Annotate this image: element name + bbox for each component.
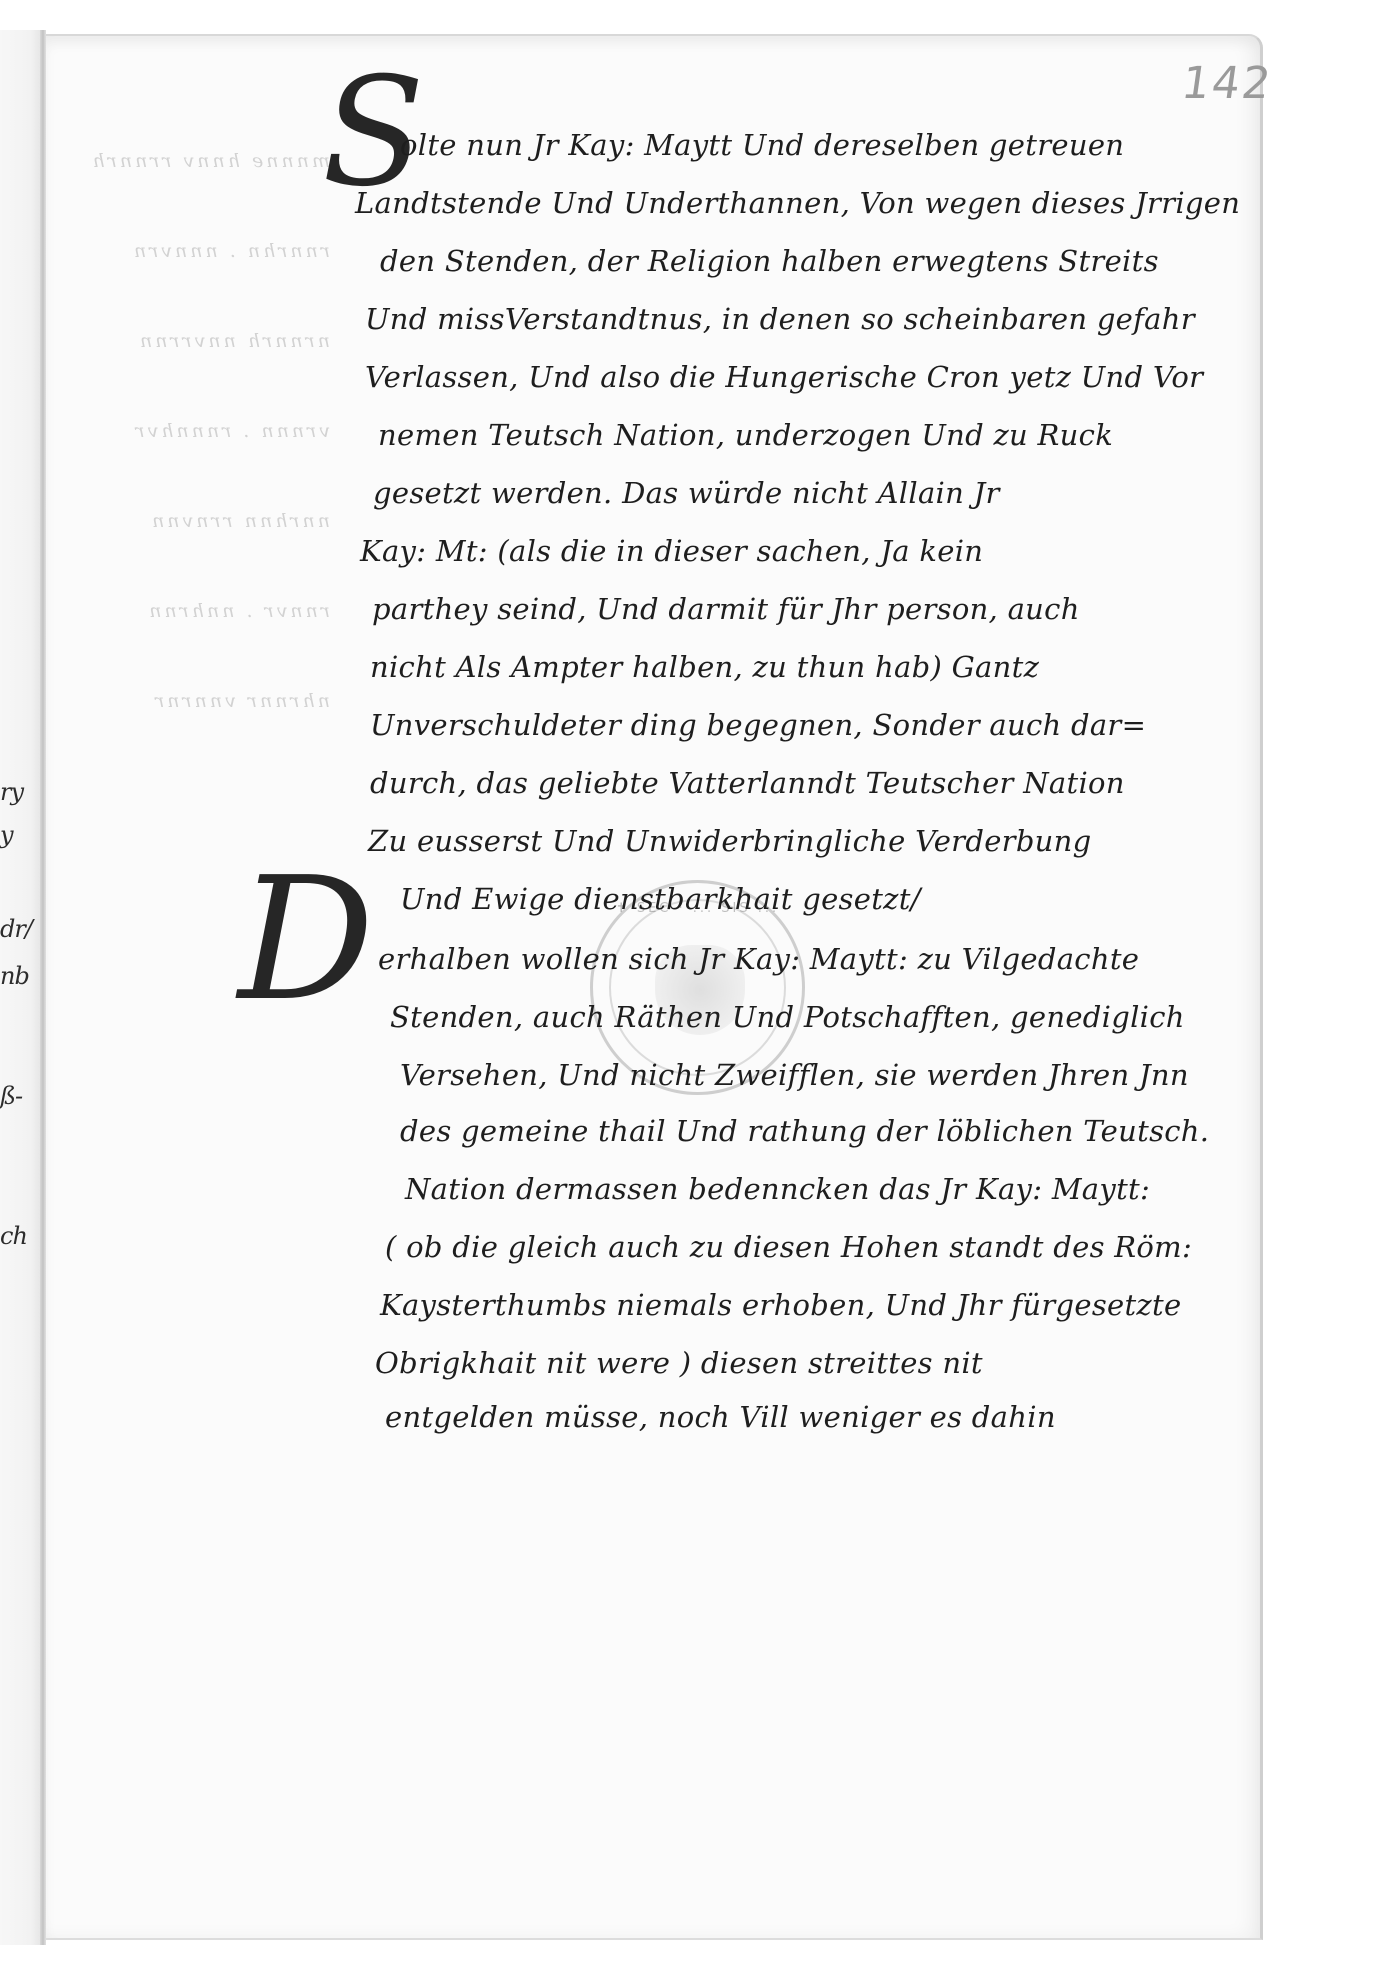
- text-line: ( ob die gleich auch zu diesen Hohen sta…: [385, 1230, 1192, 1264]
- bleed-through-text: mnnne hnnv rrnnrh: [90, 150, 330, 172]
- folio-number: 142: [1178, 58, 1275, 109]
- text-line: gesetzt werden. Das würde nicht Allain J…: [373, 476, 1000, 510]
- bleed-through-text: nnrhnn rrnvnn: [90, 510, 330, 532]
- scanned-manuscript: ry y dr/ nb ß- ch mnnne hnnv rrnnrh rnnr…: [0, 0, 1382, 1981]
- bleed-through-text: vrnnn . rnnnhvr: [90, 420, 330, 442]
- text-line: nicht Als Ampter halben, zu thun hab) Ga…: [370, 650, 1039, 684]
- text-line: den Stenden, der Religion halben erwegte…: [380, 244, 1159, 278]
- text-line: Stenden, auch Räthen Und Potschafften, g…: [390, 1000, 1185, 1034]
- text-line: erhalben wollen sich Jr Kay: Maytt: zu V…: [378, 942, 1139, 976]
- text-line: entgelden müsse, noch Vill weniger es da…: [385, 1400, 1056, 1434]
- previous-page-fragment: ß-: [0, 1082, 22, 1110]
- bleed-through-text: nrnnrh nnvrrnn: [90, 330, 330, 352]
- text-line: Und missVerstandtnus, in denen so schein…: [365, 302, 1195, 336]
- text-line: des gemeine thail Und rathung der löblic…: [400, 1114, 1209, 1148]
- text-line: Verlassen, Und also die Hungerische Cron…: [365, 360, 1203, 394]
- text-line: Unverschuldeter ding begegnen, Sonder au…: [370, 708, 1146, 742]
- text-line: Nation dermassen bedenncken das Jr Kay: …: [405, 1172, 1150, 1206]
- text-line: Landtstende Und Underthannen, Von wegen …: [355, 186, 1240, 220]
- previous-page-fragment: ch: [0, 1222, 27, 1250]
- previous-page-fragment: y: [0, 821, 13, 849]
- text-line: Kaysterthumbs niemals erhoben, Und Jhr f…: [380, 1288, 1181, 1322]
- text-line: nemen Teutsch Nation, underzogen Und zu …: [378, 418, 1113, 452]
- text-line: durch, das geliebte Vatterlanndt Teutsch…: [370, 766, 1125, 800]
- bleed-through-text: rnnvr . nnhrnn: [90, 600, 330, 622]
- bleed-through-text: rnnrhn . nnnvrn: [90, 240, 330, 262]
- text-line: olte nun Jr Kay: Maytt Und dereselben ge…: [400, 128, 1124, 162]
- previous-page-fragment: ry: [0, 778, 23, 806]
- decorated-initial: D: [238, 855, 374, 1025]
- previous-page-fragment: nb: [0, 962, 29, 990]
- text-line: parthey seind, Und darmit für Jhr person…: [372, 592, 1080, 626]
- text-line: Versehen, Und nicht Zweifflen, sie werde…: [400, 1058, 1189, 1092]
- text-line: Kay: Mt: (als die in dieser sachen, Ja k…: [360, 534, 983, 568]
- previous-page-fragment: dr/: [0, 915, 32, 943]
- text-line: Obrigkhait nit were ) diesen streittes n…: [375, 1346, 983, 1380]
- text-line: Und Ewige dienstbarkhait gesetzt/: [400, 882, 921, 916]
- bleed-through-text: nhrnnr vnnrnr: [90, 690, 330, 712]
- text-line: Zu eusserst Und Unwiderbringliche Verder…: [368, 824, 1092, 858]
